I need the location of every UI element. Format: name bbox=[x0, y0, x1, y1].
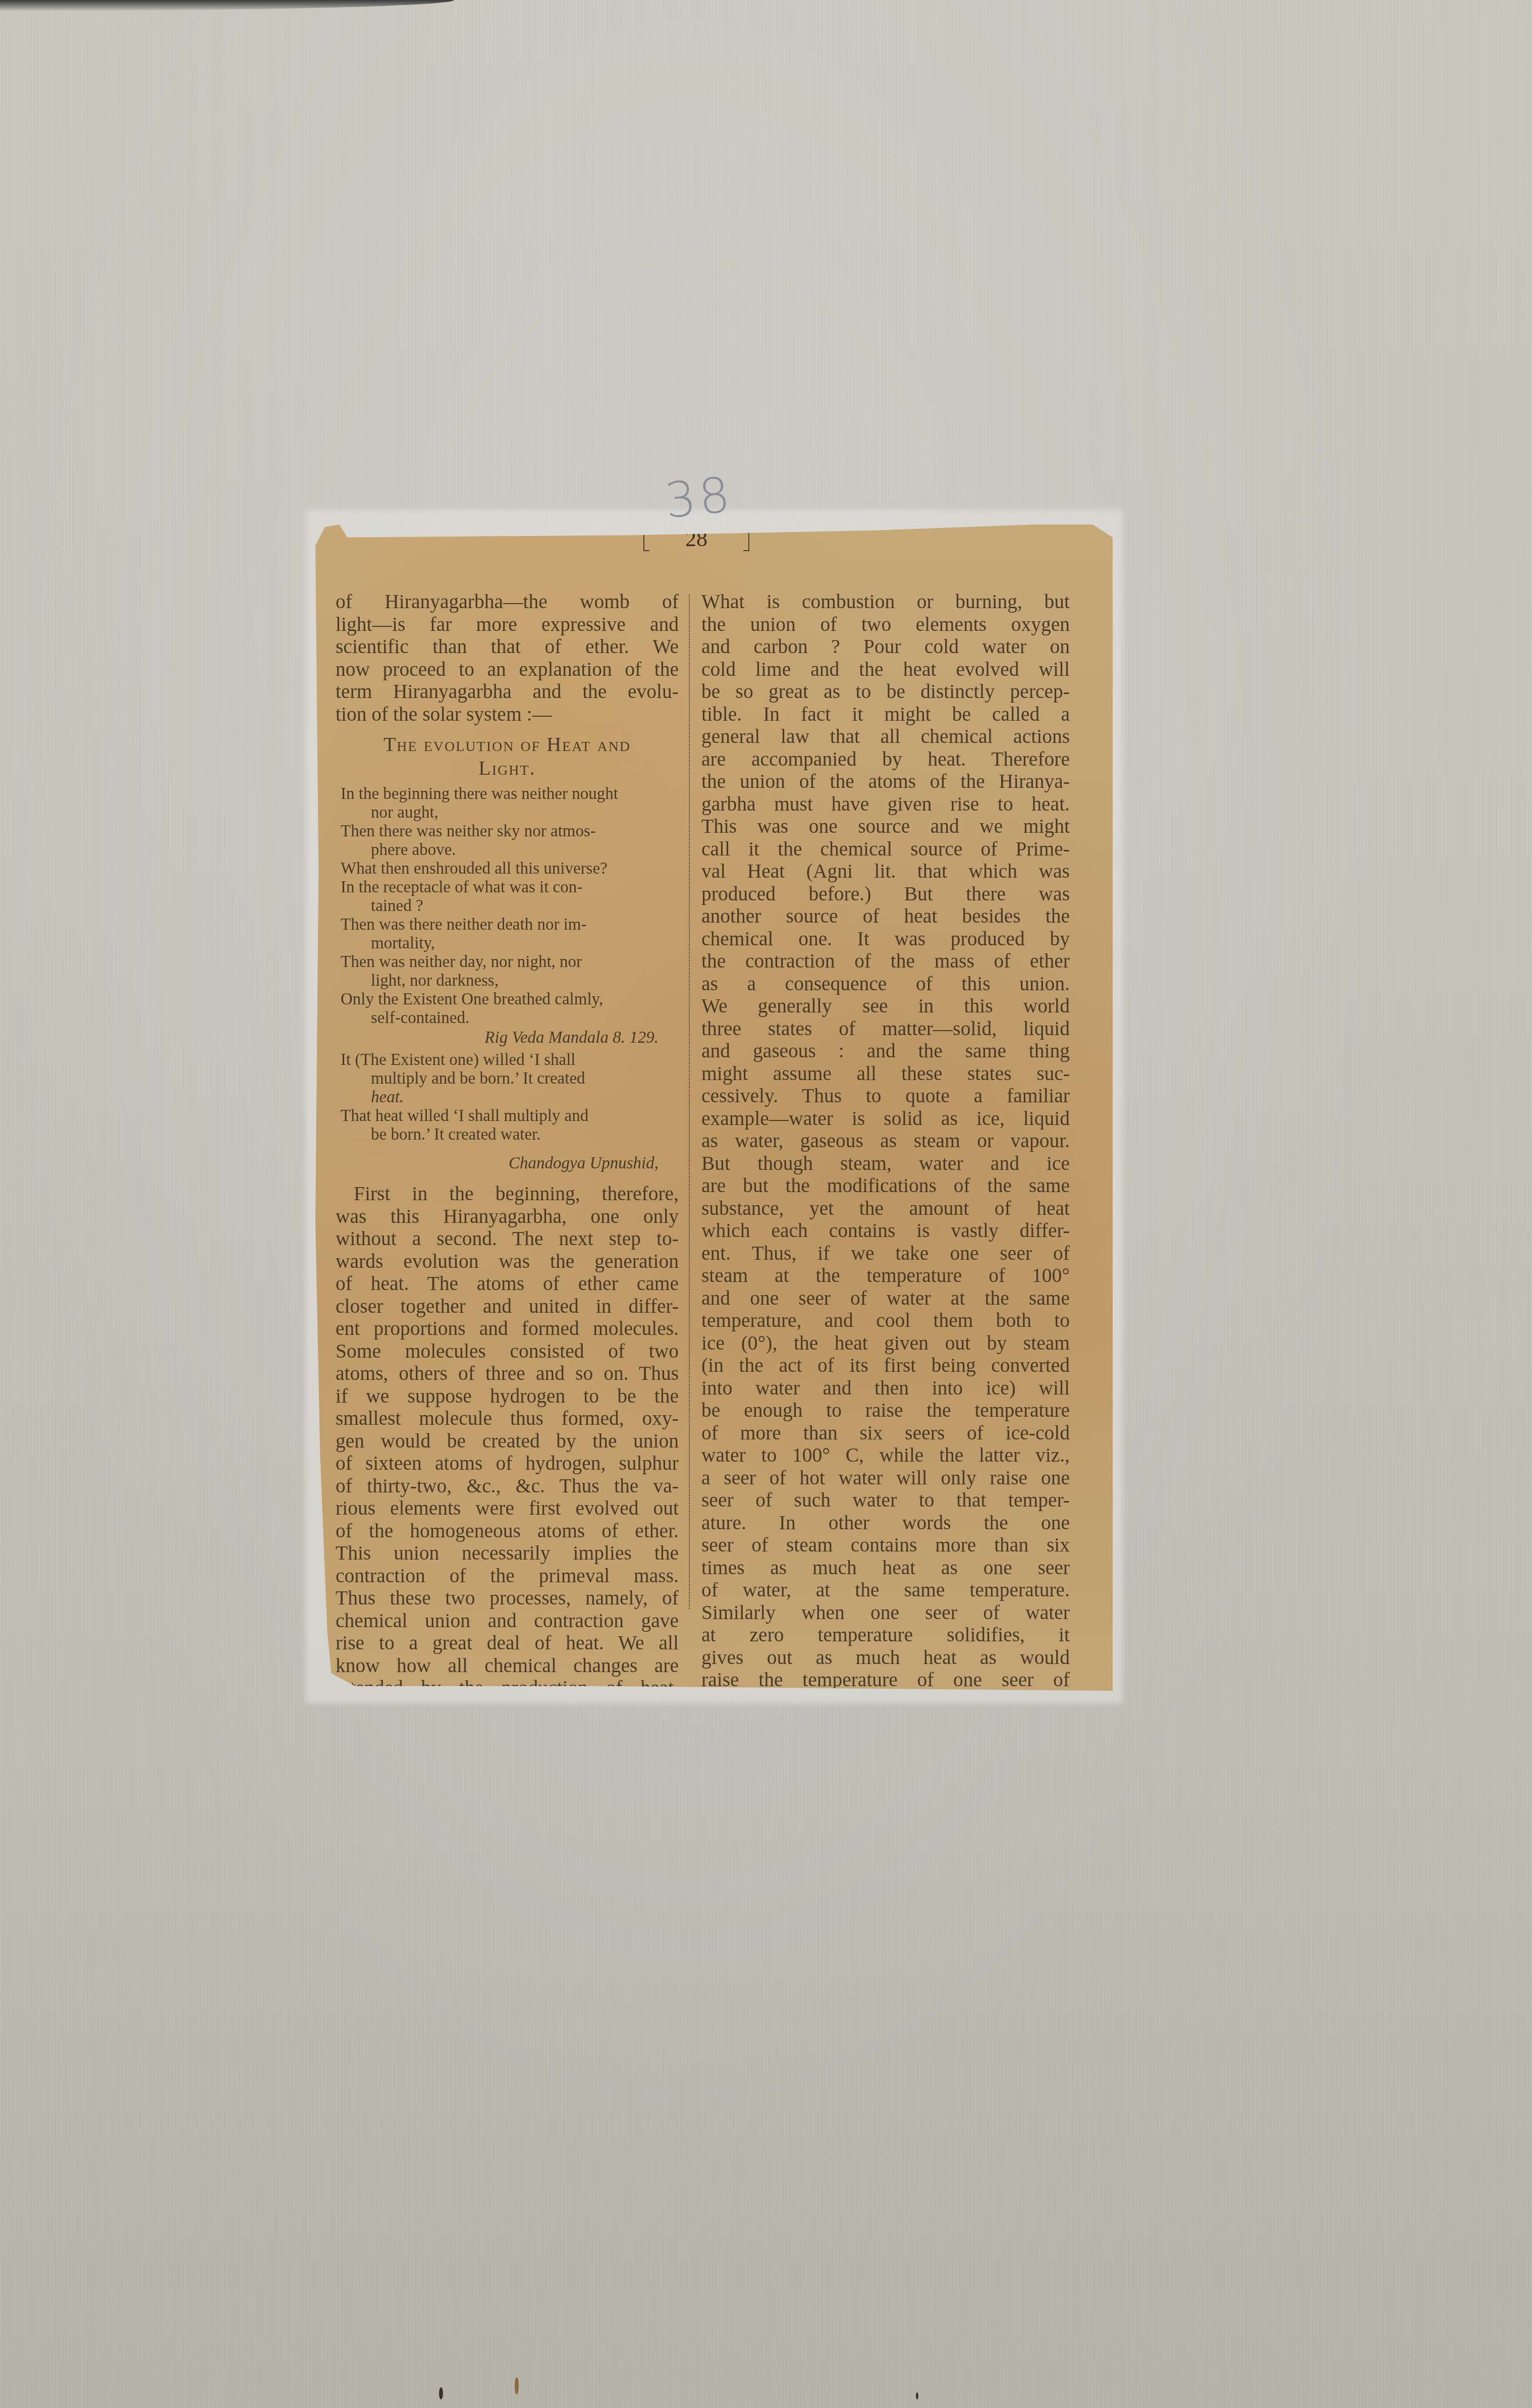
verse-line: It (The Existent one) willed ‘I shall bbox=[336, 1051, 679, 1069]
text-line: chemical union and contraction gave bbox=[336, 1610, 679, 1632]
spacer bbox=[336, 1144, 679, 1153]
text-line: know how all chemical changes are bbox=[336, 1654, 679, 1677]
text-line: which each contains is vastly differ- bbox=[701, 1219, 1070, 1242]
text-line: tible. In fact it might be called a bbox=[701, 703, 1070, 726]
section-heading-line-2: Light. bbox=[478, 757, 535, 779]
text-line: contraction of the primeval mass. bbox=[336, 1565, 679, 1587]
left-column: of Hiranyagarbha—the womb of light—is fa… bbox=[336, 591, 679, 1699]
verse-line: phere above. bbox=[336, 841, 679, 860]
text-line: val Heat (Agni lit. that which was bbox=[701, 860, 1070, 883]
text-line: seer of steam contains more than six bbox=[701, 1534, 1070, 1557]
text-line: of sixteen atoms of hydrogen, sulphur bbox=[336, 1452, 679, 1475]
text-line: be so great as to be distinctly percep- bbox=[701, 680, 1070, 703]
text-line: steam at the temperature of 100° bbox=[701, 1264, 1070, 1287]
intro-paragraph: of Hiranyagarbha—the womb of light—is fa… bbox=[336, 591, 679, 725]
text-line: the union of the atoms of the Hiranya- bbox=[701, 770, 1070, 793]
verse-line: Only the Existent One breathed calmly, bbox=[336, 990, 679, 1009]
text-line: garbha must have given rise to heat. bbox=[701, 793, 1070, 816]
verse-line: self-contained. bbox=[336, 1009, 679, 1028]
verse-line: In the receptacle of what was it con- bbox=[336, 878, 679, 897]
verse-line: What then enshrouded all this universe? bbox=[336, 860, 679, 878]
text-line: another source of heat besides the bbox=[701, 905, 1070, 928]
right-column: What is combustion or burning, but the u… bbox=[701, 591, 1070, 1691]
text-line: ent proportions and formed molecules. bbox=[336, 1317, 679, 1340]
stray-stain-mark bbox=[515, 2377, 519, 2394]
section-heading-line-1: The evolution of Heat and bbox=[384, 733, 631, 756]
text-line: chemical one. It was produced by bbox=[701, 928, 1070, 950]
text-line: cold lime and the heat evolved will bbox=[701, 658, 1070, 681]
text-line: rious elements were first evolved out bbox=[336, 1497, 679, 1520]
text-line: and carbon ? Pour cold water on bbox=[701, 635, 1070, 658]
body-paragraph: First in the beginning, therefore, was t… bbox=[336, 1183, 679, 1699]
text-line: gen would be created by the union bbox=[336, 1430, 679, 1453]
column-divider-rule bbox=[689, 595, 690, 1609]
text-line: This union necessarily implies the bbox=[336, 1542, 679, 1565]
text-line: a seer of hot water will only raise one bbox=[701, 1467, 1070, 1489]
text-line: the contraction of the mass of ether bbox=[701, 950, 1070, 973]
text-line: closer together and united in differ- bbox=[336, 1295, 679, 1318]
verse-line: nor aught, bbox=[336, 804, 679, 822]
text-line: call it the chemical source of Prime- bbox=[701, 838, 1070, 861]
verse-line: be born.’ It created water. bbox=[336, 1126, 679, 1144]
handwritten-folio-number: 38 bbox=[663, 466, 736, 529]
text-line: tion of the solar system :— bbox=[336, 703, 679, 726]
text-line: ent. Thus, if we take one seer of bbox=[701, 1242, 1070, 1265]
text-line: First in the beginning, therefore, bbox=[336, 1183, 679, 1205]
text-line: of the homogeneous atoms of ether. bbox=[336, 1520, 679, 1542]
upanishad-verse: It (The Existent one) willed ‘I shall mu… bbox=[336, 1051, 679, 1144]
newspaper-clipping: 28 of Hiranyagarbha—the womb of light—is… bbox=[315, 520, 1113, 1691]
text-line: ice (0°), the heat given out by steam bbox=[701, 1332, 1070, 1355]
verse-line: Then was neither day, nor night, nor bbox=[336, 953, 679, 972]
text-line: light—is far more expressive and bbox=[336, 613, 679, 636]
stray-ink-mark bbox=[916, 2392, 918, 2399]
text-line: the union of two elements oxygen bbox=[701, 613, 1070, 636]
text-line: wards evolution was the generation bbox=[336, 1250, 679, 1273]
text-line: general law that all chemical actions bbox=[701, 725, 1070, 748]
text-line: of more than six seers of ice-cold bbox=[701, 1422, 1070, 1444]
text-line: seer of such water to that temper- bbox=[701, 1489, 1070, 1512]
text-line: are accompanied by heat. Therefore bbox=[701, 748, 1070, 771]
stray-ink-mark bbox=[439, 2387, 443, 2399]
verse-line: multiply and be born.’ It created bbox=[336, 1069, 679, 1088]
text-line: gives out as much heat as would bbox=[701, 1646, 1070, 1669]
text-line: rise to a great deal of heat. We all bbox=[336, 1632, 679, 1654]
text-line: Thus these two processes, namely, of bbox=[336, 1587, 679, 1610]
text-line: are but the modifications of the same bbox=[701, 1174, 1070, 1197]
text-line: times as much heat as one seer bbox=[701, 1557, 1070, 1579]
text-line: smallest molecule thus formed, oxy- bbox=[336, 1407, 679, 1430]
text-line: scientific than that of ether. We bbox=[336, 635, 679, 658]
text-line: of Hiranyagarbha—the womb of bbox=[336, 591, 679, 613]
text-line: But though steam, water and ice bbox=[701, 1152, 1070, 1175]
text-line: We generally see in this world bbox=[701, 995, 1070, 1018]
text-line: as water, gaseous as steam or vapour. bbox=[701, 1130, 1070, 1152]
text-line: produced before.) But there was bbox=[701, 883, 1070, 905]
section-heading: The evolution of Heat and Light. bbox=[336, 732, 679, 780]
verse-line: tained ? bbox=[336, 897, 679, 916]
verse-line: light, nor darkness, bbox=[336, 972, 679, 990]
text-line: temperature, and cool them both to bbox=[701, 1309, 1070, 1332]
text-line: was this Hiranyagarbha, one only bbox=[336, 1205, 679, 1228]
text-line: of heat. The atoms of ether came bbox=[336, 1272, 679, 1295]
verse-line: In the beginning there was neither nough… bbox=[336, 785, 679, 804]
text-line: This was one source and we might bbox=[701, 815, 1070, 838]
rig-veda-verse: In the beginning there was neither nough… bbox=[336, 785, 679, 1028]
upanishad-attribution: Chandogya Upnushid, bbox=[336, 1153, 679, 1173]
text-line: and gaseous : and the same thing bbox=[701, 1040, 1070, 1062]
text-line: (in the act of its first being converted bbox=[701, 1354, 1070, 1377]
verse-line: mortality, bbox=[336, 934, 679, 953]
text-line: into water and then into ice) will bbox=[701, 1377, 1070, 1400]
verse-line: That heat willed ‘I shall multiply and bbox=[336, 1107, 679, 1126]
text-line: What is combustion or burning, but bbox=[701, 591, 1070, 613]
text-line: at zero temperature solidifies, it bbox=[701, 1624, 1070, 1646]
text-line: substance, yet the amount of heat bbox=[701, 1197, 1070, 1220]
text-line: if we suppose hydrogen to be the bbox=[336, 1385, 679, 1408]
text-line: of thirty-two, &c., &c. Thus the va- bbox=[336, 1475, 679, 1497]
text-line: atoms, others of three and so on. Thus bbox=[336, 1362, 679, 1385]
text-line: ature. In other words the one bbox=[701, 1512, 1070, 1534]
verse-line: heat. bbox=[336, 1088, 679, 1107]
text-line: be enough to raise the temperature bbox=[701, 1399, 1070, 1422]
text-line: might assume all these states suc- bbox=[701, 1062, 1070, 1085]
text-line: without a second. The next step to- bbox=[336, 1227, 679, 1250]
text-line: as a consequence of this union. bbox=[701, 973, 1070, 995]
text-line: of water, at the same temperature. bbox=[701, 1579, 1070, 1601]
verse-line: Then there was neither sky nor atmos- bbox=[336, 822, 679, 841]
text-line: water to 100° C, while the latter viz., bbox=[701, 1444, 1070, 1467]
verse-line: Then was there neither death nor im- bbox=[336, 916, 679, 934]
spacer bbox=[336, 1173, 679, 1183]
text-line: now proceed to an explanation of the bbox=[336, 658, 679, 681]
text-line: Some molecules consisted of two bbox=[336, 1340, 679, 1363]
verse-attribution: Rig Veda Mandala 8. 129. bbox=[336, 1028, 679, 1048]
text-line: and one seer of water at the same bbox=[701, 1287, 1070, 1310]
text-line: cessively. Thus to quote a familiar bbox=[701, 1085, 1070, 1107]
text-line: three states of matter—solid, liquid bbox=[701, 1018, 1070, 1040]
text-line: term Hiranyagarbha and the evolu- bbox=[336, 680, 679, 703]
text-line: example—water is solid as ice, liquid bbox=[701, 1107, 1070, 1130]
text-line: Similarly when one seer of water bbox=[701, 1601, 1070, 1624]
